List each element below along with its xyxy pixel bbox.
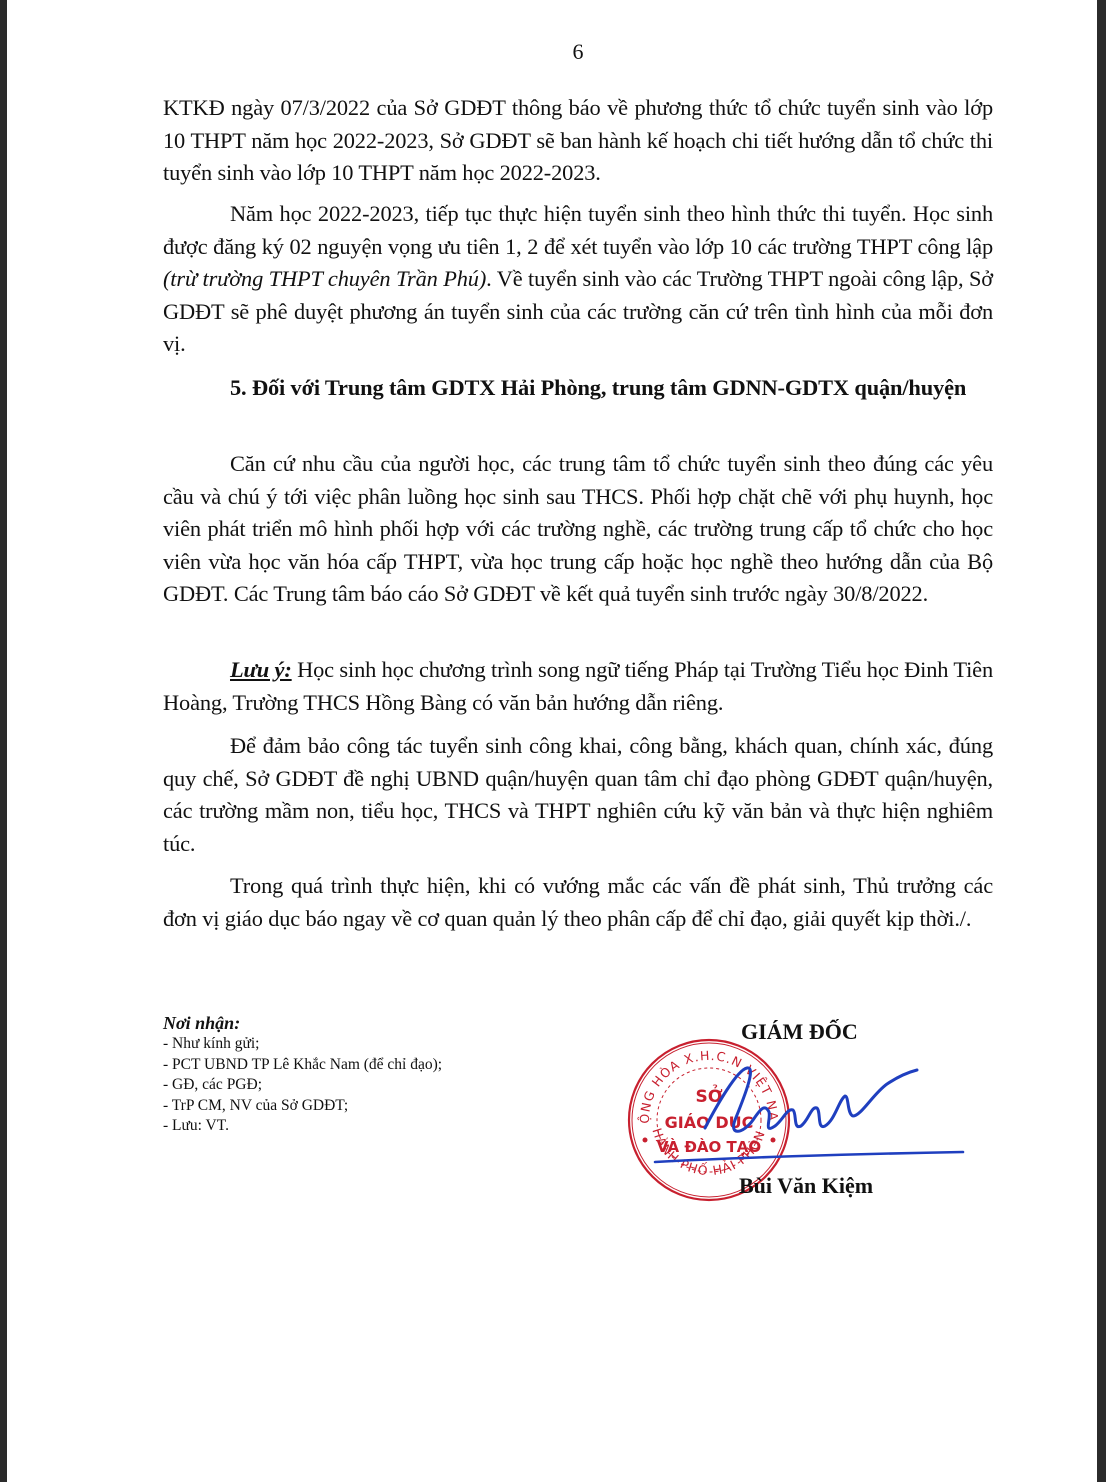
section-heading-5: 5. Đối với Trung tâm GDTX Hải Phòng, tru… [163,372,993,405]
signature-block: GIÁM ĐỐC CỘNG HÒA X.H.C.N VIỆT NAM THÀNH… [607,1010,967,1210]
note-label: Lưu ý: [230,657,292,682]
paragraph-continuation: KTKĐ ngày 07/3/2022 của Sở GDĐT thông bá… [163,92,993,190]
paragraph-italic-note: (trừ trường THPT chuyên Trần Phú) [163,266,486,291]
recipient-item: - Lưu: VT. [163,1116,583,1137]
paragraph-note: Lưu ý: Học sinh học chương trình song ng… [163,654,993,719]
recipients-block: Nơi nhận: - Như kính gửi; - PCT UBND TP … [163,1012,583,1137]
paragraph-text: Năm học 2022-2023, tiếp tục thực hiện tu… [163,201,993,259]
recipients-list: - Như kính gửi; - PCT UBND TP Lê Khắc Na… [163,1034,583,1137]
recipient-item: - GĐ, các PGĐ; [163,1075,583,1096]
paragraph-request: Để đảm bảo công tác tuyển sinh công khai… [163,730,993,860]
document-page: 6 KTKĐ ngày 07/3/2022 của Sở GDĐT thông … [7,0,1097,1482]
signer-name: Bùi Văn Kiệm [739,1172,873,1200]
paragraph-closing: Trong quá trình thực hiện, khi có vướng … [163,870,993,935]
page-number: 6 [163,38,993,66]
recipient-item: - Như kính gửi; [163,1034,583,1055]
paragraph-centers: Căn cứ nhu cầu của người học, các trung … [163,448,993,611]
document-viewer: 6 KTKĐ ngày 07/3/2022 của Sở GDĐT thông … [0,0,1106,1482]
paragraph-admission-method: Năm học 2022-2023, tiếp tục thực hiện tu… [163,198,993,361]
recipient-item: - TrP CM, NV của Sở GDĐT; [163,1096,583,1117]
recipients-title: Nơi nhận: [163,1012,583,1034]
handwritten-signature-icon [647,1050,967,1170]
recipient-item: - PCT UBND TP Lê Khắc Nam (để chỉ đạo); [163,1055,583,1076]
